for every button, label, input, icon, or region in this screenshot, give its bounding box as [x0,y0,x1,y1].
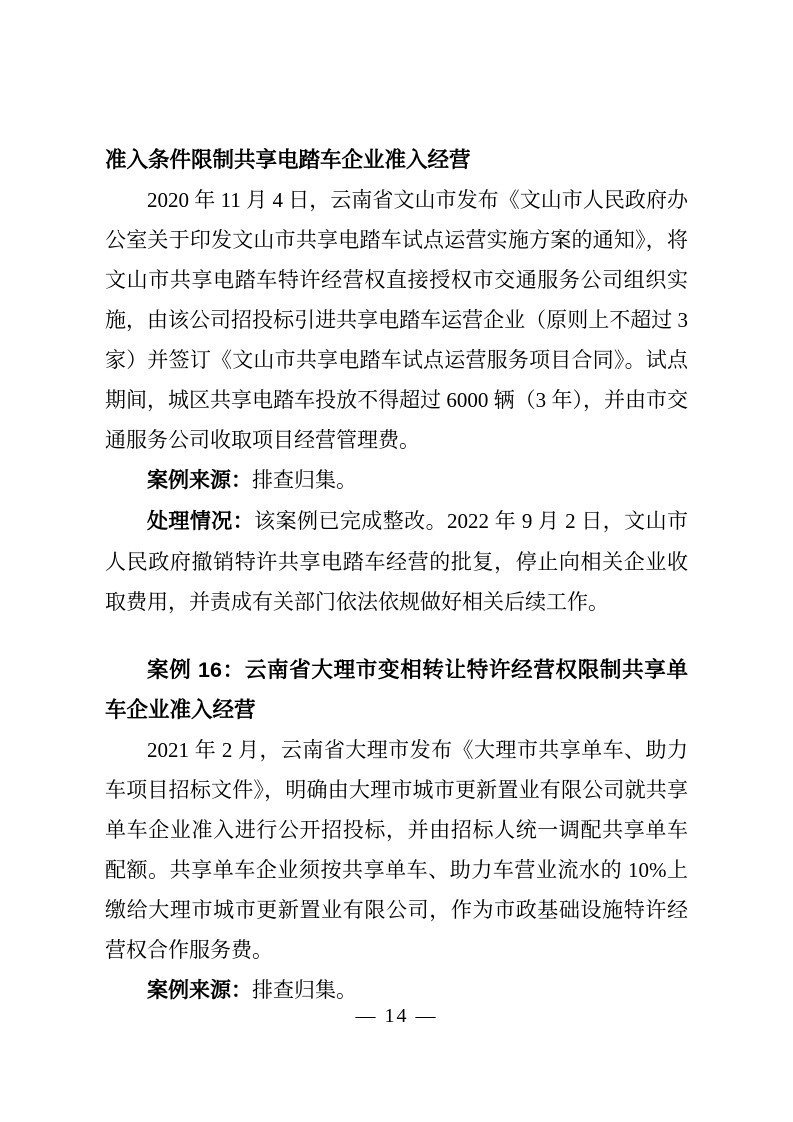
document-page: 准入条件限制共享电踏车企业准入经营 2020 年 11 月 4 日，云南省文山市… [0,0,793,1122]
page-number: — 14 — [0,1001,793,1031]
section2-paragraph: 2021 年 2 月，云南省大理市发布《大理市共享单车、助力车项目招标文件》，明… [105,730,688,970]
case-source-value: 排查归集。 [252,468,357,492]
case-source-2-label: 案例来源： [147,979,252,1002]
handling-label: 处理情况： [147,510,254,533]
section1-heading: 准入条件限制共享电踏车企业准入经营 [105,140,688,180]
case-source-2-value: 排查归集。 [252,978,357,1002]
section-gap [105,622,688,650]
case-source-label: 案例来源： [147,469,252,492]
page-content: 准入条件限制共享电踏车企业准入经营 2020 年 11 月 4 日，云南省文山市… [105,140,688,1011]
section1-case-source-row: 案例来源：排查归集。 [105,460,688,501]
section1-paragraph: 2020 年 11 月 4 日，云南省文山市发布《文山市人民政府办公室关于印发文… [105,180,688,460]
section2-heading: 案例 16：云南省大理市变相转让特许经营权限制共享单车企业准入经营 [105,650,688,730]
section1-handling-row: 处理情况：该案例已完成整改。2022 年 9 月 2 日，文山市人民政府撤销特许… [105,501,688,622]
